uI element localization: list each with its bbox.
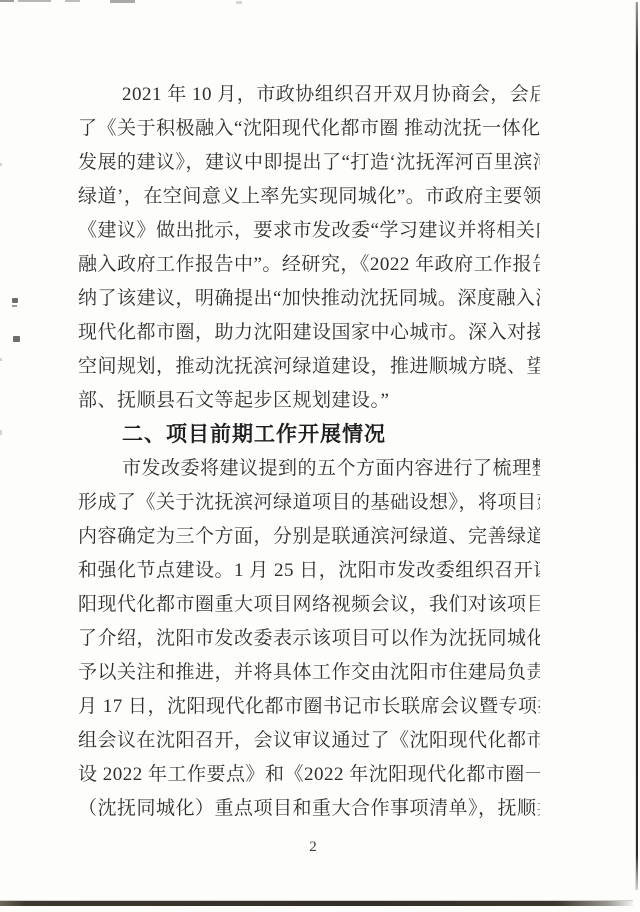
- text-line: 《建议》做出批示，要求市发改委“学习建议并将相关内容: [78, 214, 540, 248]
- text-line: 阳现代化都市圈重大项目网络视频会议，我们对该项目进行: [78, 588, 540, 622]
- scan-speck: [0, 163, 2, 166]
- text-line: 市发改委将建议提到的五个方面内容进行了梳理整合，: [78, 452, 540, 486]
- page-edge-line-bottom: [0, 901, 633, 906]
- text-line: 设 2022 年工作要点》和《2022 年沈阳现代化都市圈一体化: [78, 758, 540, 792]
- text-line: 发展的建议》，建议中即提出了“打造‘沈抚浑河百里滨河: [78, 146, 540, 180]
- scan-speck: [0, 358, 2, 361]
- scan-noise-dash: [110, 0, 135, 3]
- text-line: 纳了该建议，明确提出“加快推动沈抚同城。深度融入沈阳: [78, 282, 540, 316]
- text-line: 空间规划，推动沈抚滨河绿道建设，推进顺城方晓、望花西: [78, 350, 540, 384]
- text-line: 予以关注和推进，并将具体工作交由沈阳市住建局负责。2: [78, 656, 540, 690]
- text-line: 了介绍，沈阳市发改委表示该项目可以作为沈抚同城化项目: [78, 622, 540, 656]
- paragraph-background-of-proposal: 2021 年 10 月，市政协组织召开双月协商会，会后形成了《关于积极融入“沈阳…: [78, 78, 540, 418]
- text-line: 内容确定为三个方面，分别是联通滨河绿道、完善绿道功能: [78, 520, 540, 554]
- page-edge-line-right: [636, 2, 638, 890]
- scan-speck: [12, 298, 18, 303]
- scanned-document-page: 2021 年 10 月，市政协组织召开双月协商会，会后形成了《关于积极融入“沈阳…: [0, 0, 640, 912]
- scan-speck: [13, 336, 20, 342]
- scan-noise-dash: [18, 0, 51, 2]
- document-body: 2021 年 10 月，市政协组织召开双月协商会，会后形成了《关于积极融入“沈阳…: [78, 78, 540, 826]
- scan-speck: [0, 430, 2, 435]
- text-line: （沈抚同城化）重点项目和重大合作事项清单》，抚顺共有 8: [78, 792, 540, 826]
- scan-noise-dash: [236, 1, 242, 4]
- text-line: 和强化节点建设。1 月 25 日，沈阳市发改委组织召开谋划沈: [78, 554, 540, 588]
- text-line: 部、抚顺县石文等起步区规划建设。”: [78, 384, 540, 418]
- page-number: 2: [0, 839, 626, 856]
- section-heading-preliminary-work: 二、项目前期工作开展情况: [78, 418, 540, 452]
- scan-noise-dash: [65, 0, 80, 2]
- text-line: 形成了《关于沈抚滨河绿道项目的基础设想》，将项目建设: [78, 486, 540, 520]
- text-line: 了《关于积极融入“沈阳现代化都市圈 推动沈抚一体化”: [78, 112, 540, 146]
- scan-noise-dash: [0, 0, 14, 2]
- text-line: 月 17 日，沈阳现代化都市圈书记市长联席会议暨专项推进: [78, 690, 540, 724]
- text-line: 现代化都市圈，助力沈阳建设国家中心城市。深入对接国土: [78, 316, 540, 350]
- text-line: 融入政府工作报告中”。经研究，《2022 年政府工作报告》吸: [78, 248, 540, 282]
- text-line: 2021 年 10 月，市政协组织召开双月协商会，会后形成: [78, 78, 540, 112]
- text-line: 绿道’，在空间意义上率先实现同城化”。市政府主要领导对: [78, 180, 540, 214]
- paragraph-preliminary-work-progress: 市发改委将建议提到的五个方面内容进行了梳理整合，形成了《关于沈抚滨河绿道项目的基…: [78, 452, 540, 826]
- text-line: 组会议在沈阳召开，会议审议通过了《沈阳现代化都市圈建: [78, 724, 540, 758]
